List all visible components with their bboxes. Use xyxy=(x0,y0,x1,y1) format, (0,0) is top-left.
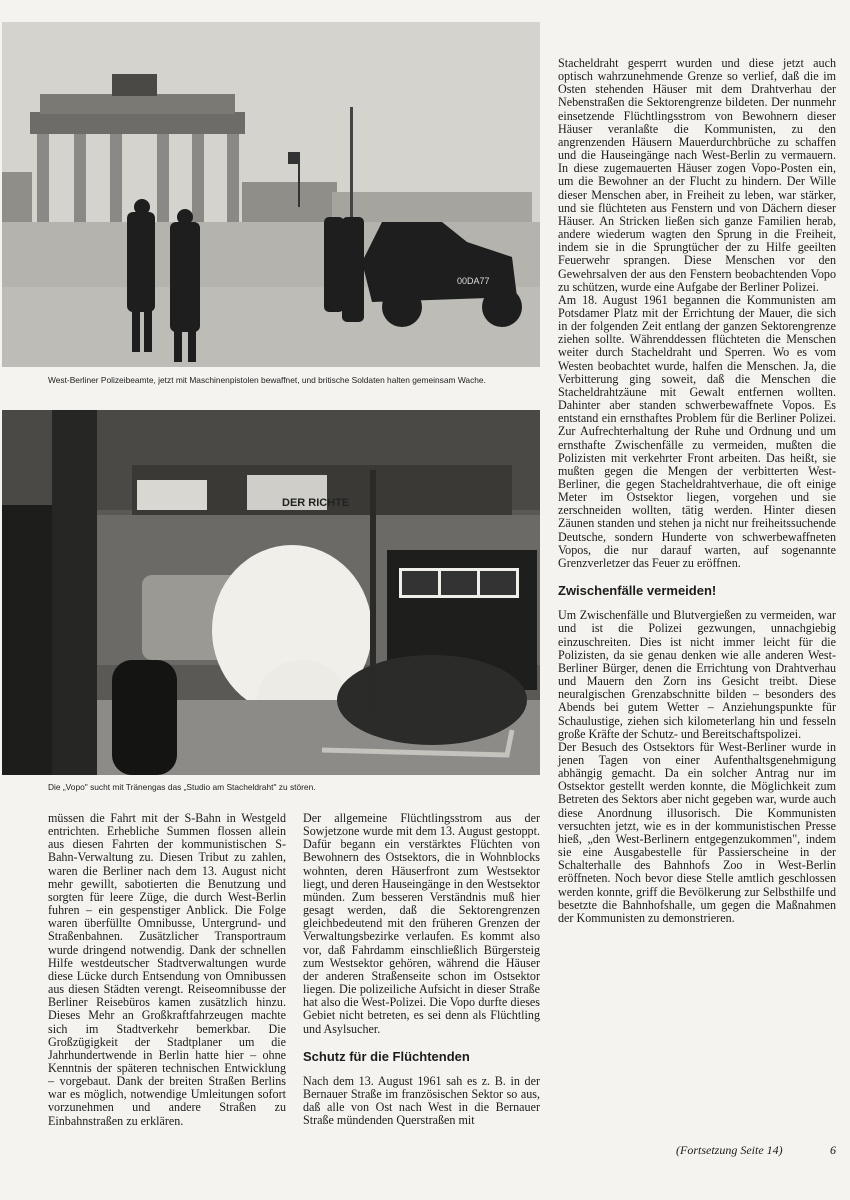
article-column-right: Stacheldraht gesperrt wurden und diese j… xyxy=(558,57,836,925)
photo-caption-bottom: Die „Vopo" sucht mit Tränengas das „Stud… xyxy=(48,782,540,792)
paragraph: Am 18. August 1961 begannen die Kommunis… xyxy=(558,294,836,570)
article-column-left: müssen die Fahrt mit der S-Bahn in Westg… xyxy=(48,812,286,1128)
page-number: 6 xyxy=(830,1143,836,1158)
photo-caption-top: West-Berliner Polizeibeamte, jetzt mit M… xyxy=(48,375,540,385)
paragraph: Stacheldraht gesperrt wurden und diese j… xyxy=(558,57,836,294)
photo-brandenburg-gate: 00DA77 xyxy=(2,22,540,367)
section-heading: Schutz für die Flüchtenden xyxy=(303,1050,540,1063)
paragraph: müssen die Fahrt mit der S-Bahn in Westg… xyxy=(48,812,286,1128)
continuation-note: (Fortsetzung Seite 14) xyxy=(676,1143,783,1158)
article-column-middle: Der allgemeine Flüchtlingsstrom aus der … xyxy=(303,812,540,1127)
magazine-page: 00DA77 West-Berliner Polizeibeamte, jetz… xyxy=(0,0,850,1200)
tear-gas-image: DER RICHTE xyxy=(2,410,540,775)
paragraph: Der Besuch des Ostsektors für West-Berli… xyxy=(558,741,836,925)
paragraph: Nach dem 13. August 1961 sah es z. B. in… xyxy=(303,1075,540,1128)
paragraph: Um Zwischenfälle und Blutvergießen zu ve… xyxy=(558,609,836,741)
svg-text:00DA77: 00DA77 xyxy=(457,276,490,286)
photo-tear-gas: DER RICHTE xyxy=(2,410,540,775)
section-heading: Zwischenfälle vermeiden! xyxy=(558,584,836,597)
svg-text:DER RICHTE: DER RICHTE xyxy=(282,497,349,509)
paragraph: Der allgemeine Flüchtlingsstrom aus der … xyxy=(303,812,540,1036)
brandenburg-gate-image: 00DA77 xyxy=(2,22,540,367)
